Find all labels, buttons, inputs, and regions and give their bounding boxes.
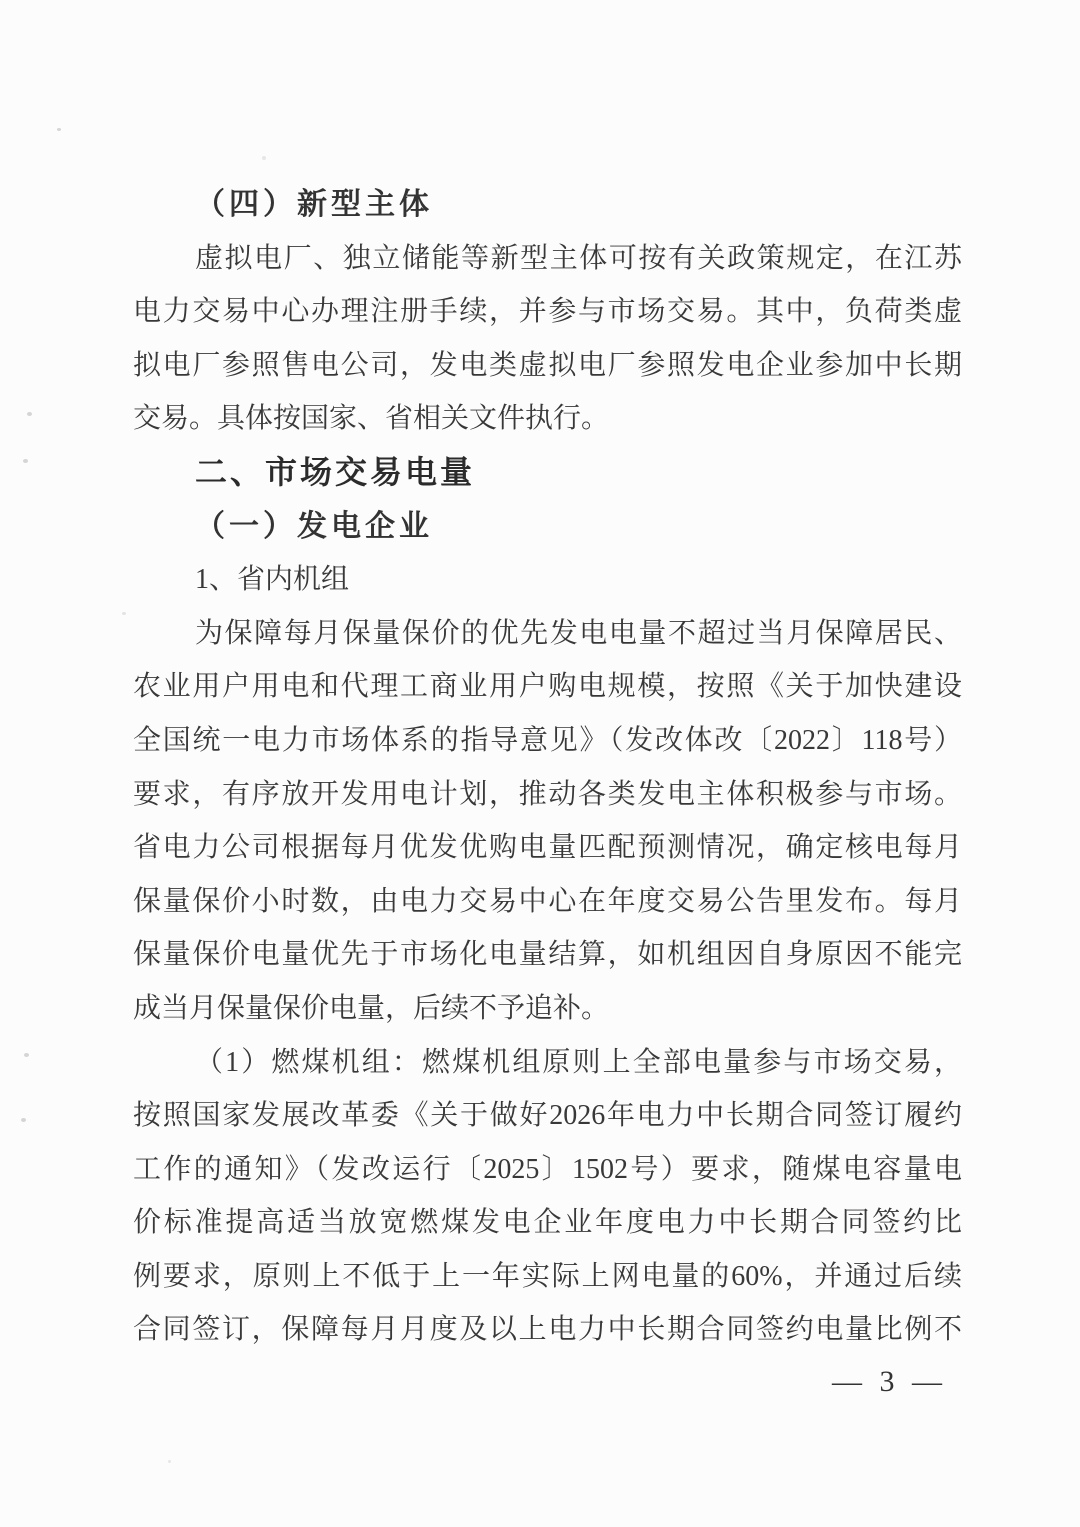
chapter-heading-2: 二、市场交易电量 [133, 446, 962, 500]
scan-speck [27, 412, 32, 416]
scan-speck [122, 612, 126, 615]
paragraph-line: 拟电厂参照售电公司，发电类虚拟电厂参照发电企业参加中长期 [133, 339, 962, 393]
document-body: （四）新型主体 虚拟电厂、独立储能等新型主体可按有关政策规定，在江苏 电力交易中… [133, 178, 962, 1357]
scan-speck [24, 1053, 29, 1057]
paragraph-line: 价标准提高适当放宽燃煤发电企业年度电力中长期合同签约比 [133, 1196, 962, 1250]
paragraph-line: 省电力公司根据每月优发优购电量匹配预测情况，确定核电每月 [133, 821, 962, 875]
paragraph-line: 农业用户用电和代理工商业用户购电规模，按照《关于加快建设 [133, 660, 962, 714]
section-heading-1: （一）发电企业 [133, 500, 962, 554]
paragraph-line: （1）燃煤机组：燃煤机组原则上全部电量参与市场交易， [133, 1036, 962, 1090]
paragraph-line: 交易。具体按国家、省相关文件执行。 [133, 392, 962, 446]
paragraph-line: 按照国家发展改革委《关于做好2026年电力中长期合同签订履约 [133, 1089, 962, 1143]
item-heading-1: 1、省内机组 [133, 553, 962, 607]
scanned-document-page: （四）新型主体 虚拟电厂、独立储能等新型主体可按有关政策规定，在江苏 电力交易中… [0, 0, 1080, 1527]
paragraph-line: 虚拟电厂、独立储能等新型主体可按有关政策规定，在江苏 [133, 232, 962, 286]
paragraph-line: 电力交易中心办理注册手续，并参与市场交易。其中，负荷类虚 [133, 285, 962, 339]
paragraph-line: 合同签订，保障每月月度及以上电力中长期合同签约电量比例不 [133, 1303, 962, 1357]
paragraph-line: 为保障每月保量保价的优先发电电量不超过当月保障居民、 [133, 607, 962, 661]
paragraph-line: 要求，有序放开发用电计划，推动各类发电主体积极参与市场。 [133, 768, 962, 822]
paragraph-line: 保量保价小时数，由电力交易中心在年度交易公告里发布。每月 [133, 875, 962, 929]
section-heading-4: （四）新型主体 [133, 178, 962, 232]
paragraph-line: 全国统一电力市场体系的指导意见》（发改体改〔2022〕118号） [133, 714, 962, 768]
scan-speck [262, 156, 266, 160]
page-number: — 3 — [832, 1365, 947, 1399]
scan-speck [21, 1118, 26, 1122]
scan-speck [168, 1460, 171, 1463]
paragraph-line: 保量保价电量优先于市场化电量结算，如机组因自身原因不能完 [133, 928, 962, 982]
paragraph-line: 工作的通知》（发改运行〔2025〕1502号）要求，随煤电容量电 [133, 1143, 962, 1197]
paragraph-line: 成当月保量保价电量，后续不予追补。 [133, 982, 962, 1036]
scan-speck [23, 459, 28, 463]
scan-speck [57, 128, 61, 131]
paragraph-line: 例要求，原则上不低于上一年实际上网电量的60%，并通过后续 [133, 1250, 962, 1304]
